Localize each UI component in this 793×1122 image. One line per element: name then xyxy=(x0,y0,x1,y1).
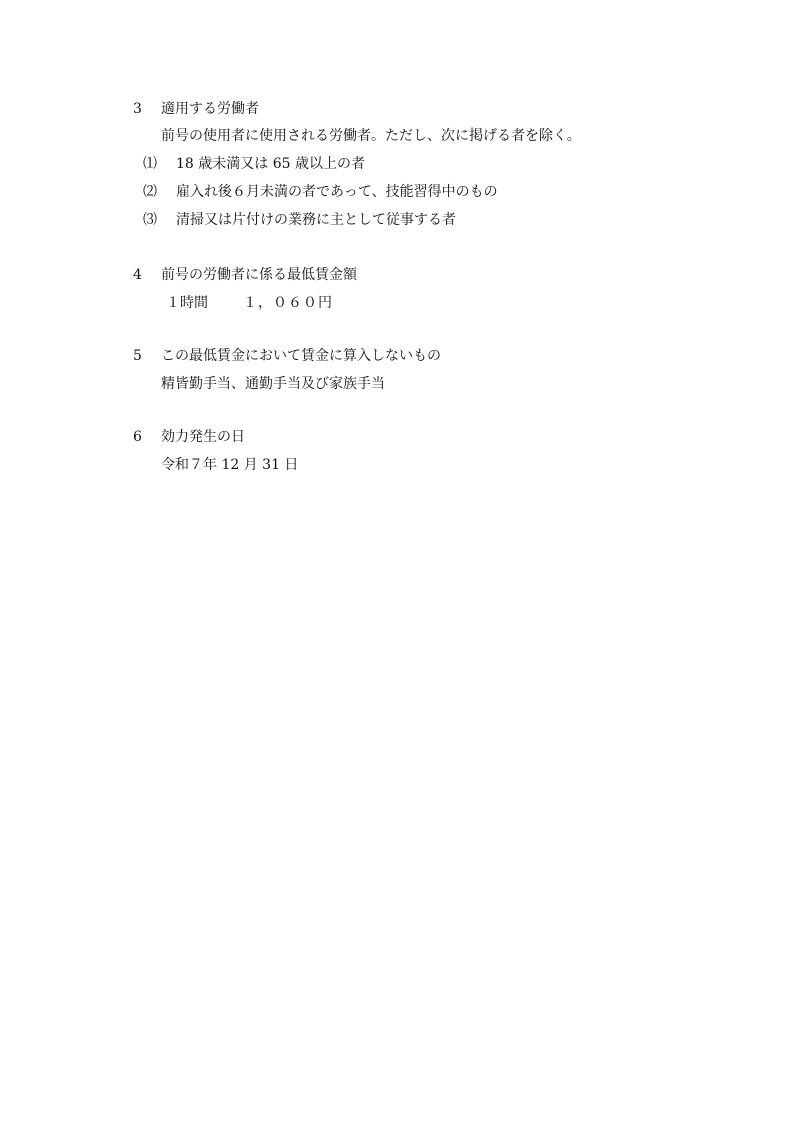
section-5-body: 精皆勤手当、通勤手当及び家族手当 xyxy=(161,375,385,393)
section-6-body: 令和７年 12 月 31 日 xyxy=(161,456,298,474)
wage-unit: １時間 xyxy=(166,294,208,312)
item-2-label: ⑵ xyxy=(143,183,157,201)
item-1-text: 18 歳未満又は 65 歳以上の者 xyxy=(176,155,365,173)
wage-amount: １，０６０円 xyxy=(243,294,333,312)
section-4-number: 4 xyxy=(133,266,142,284)
section-4-heading: 前号の労働者に係る最低賃金額 xyxy=(161,266,357,284)
section-3-heading: 適用する労働者 xyxy=(161,100,259,118)
item-3-text: 清掃又は片付けの業務に主として従事する者 xyxy=(176,211,456,229)
section-5-number: 5 xyxy=(133,347,142,365)
section-6-heading: 効力発生の日 xyxy=(161,428,245,446)
item-1-label: ⑴ xyxy=(143,155,157,173)
section-5-heading: この最低賃金において賃金に算入しないもの xyxy=(161,347,441,365)
section-6-number: 6 xyxy=(133,428,142,446)
item-3-label: ⑶ xyxy=(143,211,157,229)
section-3-body: 前号の使用者に使用される労働者。ただし、次に掲げる者を除く。 xyxy=(161,127,581,145)
section-3-number: 3 xyxy=(133,100,142,118)
item-2-text: 雇入れ後６月未満の者であって、技能習得中のもの xyxy=(176,183,498,201)
